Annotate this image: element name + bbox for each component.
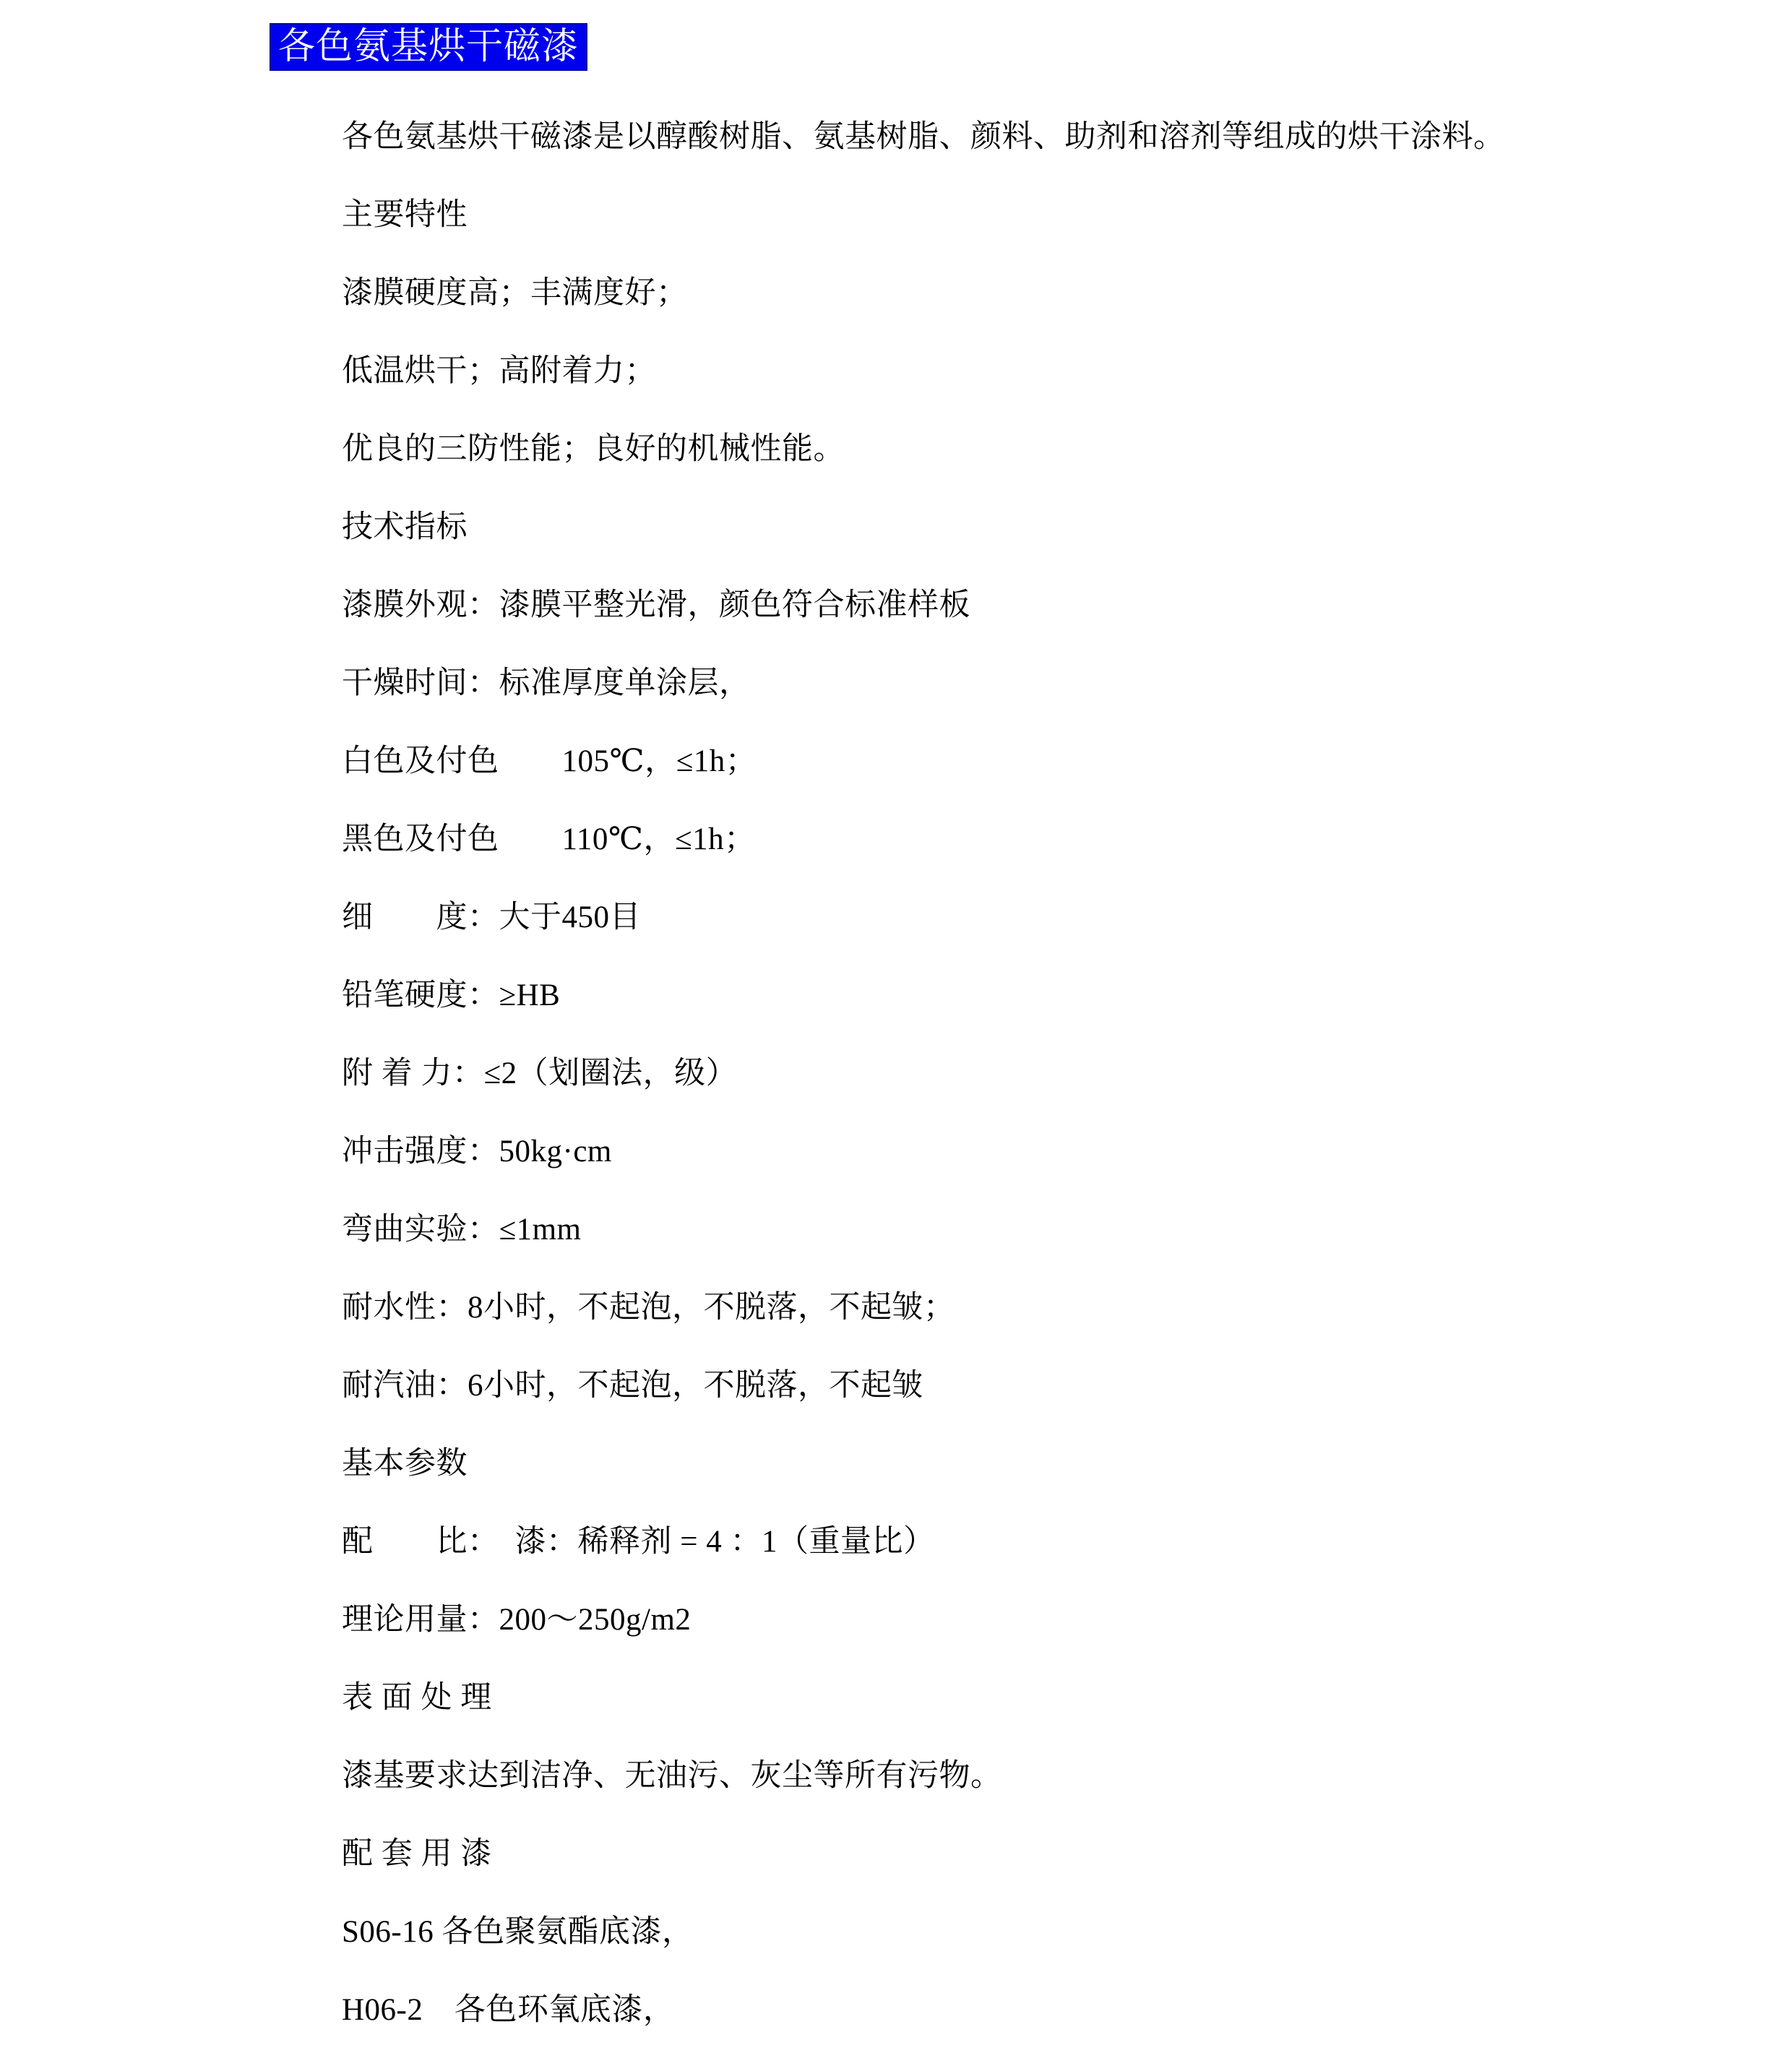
document-line: 黑色及付色 110℃，≤1h； [342,819,1570,860]
document-line: 理论用量：200～250g/m2 [342,1600,1570,1640]
document-line: 表 面 处 理 [342,1678,1570,1718]
document-line: 耐汽油：6小时，不起泡，不脱落，不起皱 [342,1366,1570,1406]
document-line: 各色氨基烘干磁漆是以醇酸树脂、氨基树脂、颜料、助剂和溶剂等组成的烘干涂料。 [342,117,1570,158]
document-line: 漆膜硬度高；丰满度好； [342,273,1570,314]
document-line: 冲击强度：50kg·cm [342,1132,1570,1172]
document-title-highlighted: 各色氨基烘干磁漆 [270,23,587,71]
document-line: 漆膜外观：漆膜平整光滑，颜色符合标准样板 [342,585,1570,626]
document-line: 优良的三防性能；良好的机械性能。 [342,429,1570,470]
document-line: 铅笔硬度：≥HB [342,976,1570,1016]
document-line: 白色及付色 105℃，≤1h； [342,741,1570,782]
document-line: 低温烘干；高附着力； [342,351,1570,392]
document-line: 附 着 力：≤2（划圈法，级） [342,1054,1570,1094]
document-line: 耐水性：8小时，不起泡，不脱落，不起皱； [342,1288,1570,1328]
document-line: 技术指标 [342,507,1570,548]
document-line: 配 比： 漆：稀释剂 = 4 ：1（重量比） [342,1522,1570,1562]
document-line: S06-16 各色聚氨酯底漆， [342,1912,1570,1953]
document-line: 干燥时间：标准厚度单涂层， [342,663,1570,704]
document-line: 基本参数 [342,1444,1570,1484]
document-line: 配 套 用 漆 [342,1834,1570,1875]
document-line: 主要特性 [342,195,1570,236]
document-body: 各色氨基烘干磁漆是以醇酸树脂、氨基树脂、颜料、助剂和溶剂等组成的烘干涂料。主要特… [342,117,1570,2066]
document-page: 各色氨基烘干磁漆 各色氨基烘干磁漆是以醇酸树脂、氨基树脂、颜料、助剂和溶剂等组成… [0,0,1792,2066]
document-line: 弯曲实验：≤1mm [342,1210,1570,1250]
document-line: 细 度：大于450目 [342,898,1570,938]
document-line: H06-2 各色环氧底漆， [342,1990,1570,2031]
document-line: 漆基要求达到洁净、无油污、灰尘等所有污物。 [342,1756,1570,1796]
